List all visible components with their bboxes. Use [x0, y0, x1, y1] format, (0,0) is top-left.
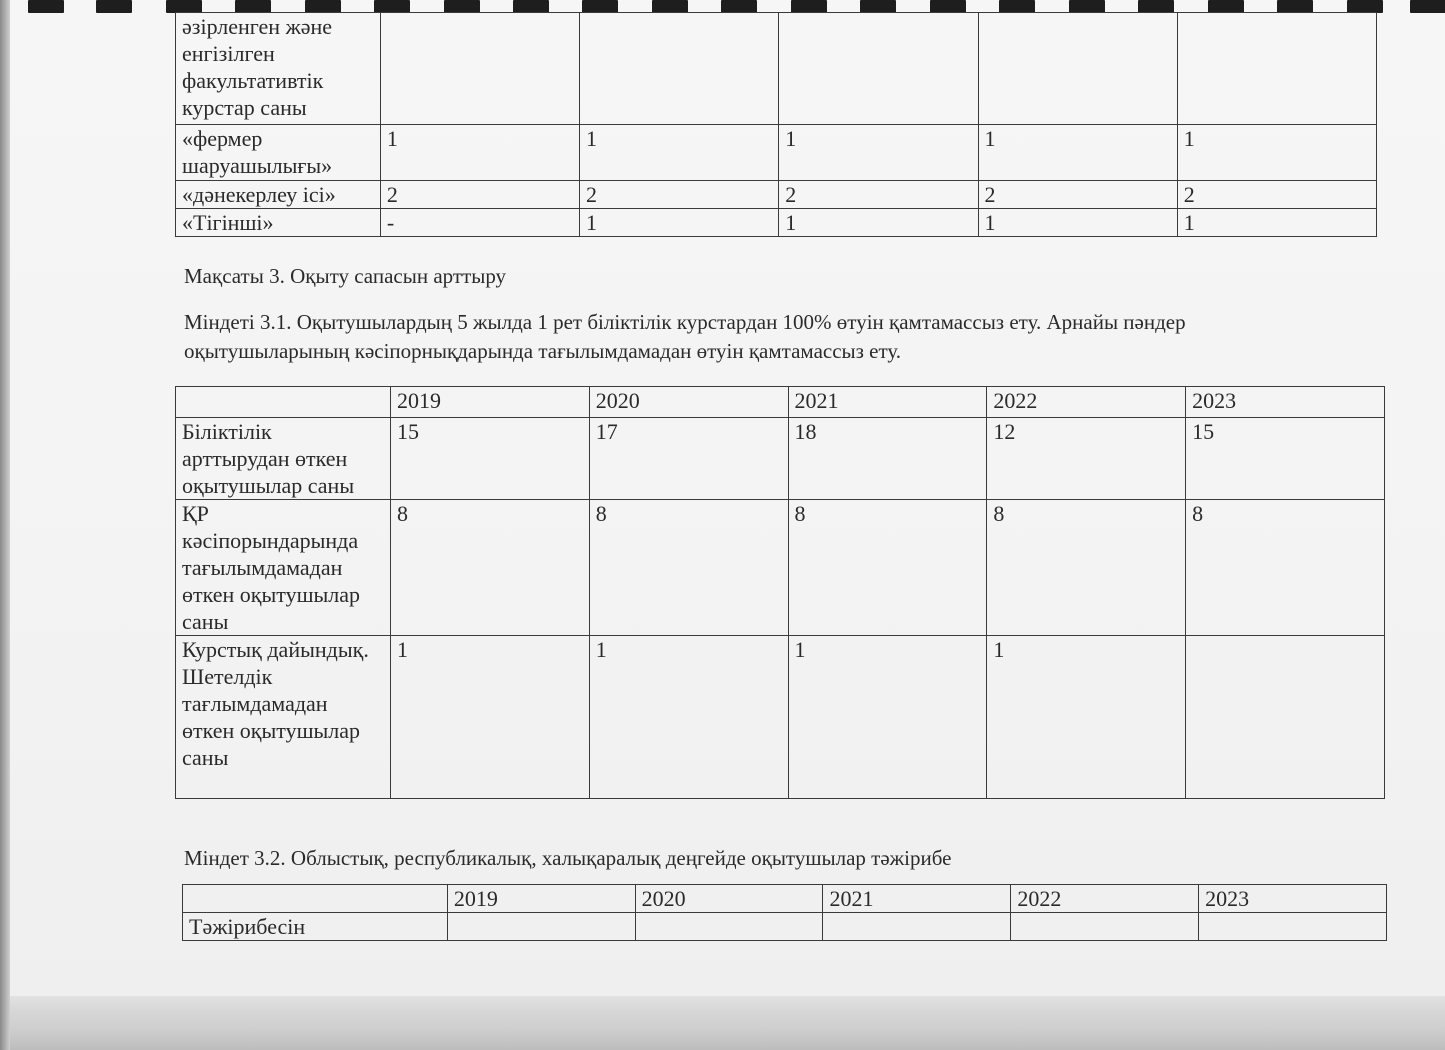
cell: 1	[987, 636, 1186, 799]
row-label: әзірленген және енгізілген факультативті…	[176, 13, 381, 125]
table-row: ҚР кәсіпорындарында тағылымдамадан өткен…	[176, 500, 1385, 636]
cell	[1186, 636, 1385, 799]
cell: 15	[1186, 418, 1385, 500]
cell: 8	[1186, 500, 1385, 636]
row-label: «Тігінші»	[176, 209, 381, 237]
cell: 1	[978, 209, 1177, 237]
table-header-row: 2019 2020 2021 2022 2023	[176, 387, 1385, 418]
cell	[380, 13, 579, 125]
cell: 2	[380, 181, 579, 209]
table-row: «фермер шаруашылығы» 1 1 1 1 1	[176, 125, 1377, 181]
cell	[823, 913, 1011, 941]
table-row: Тәжірибесін	[183, 913, 1387, 941]
cell: 12	[987, 418, 1186, 500]
cell: 1	[788, 636, 987, 799]
task-3-1-text: Міндеті 3.1. Оқытушылардың 5 жылда 1 рет…	[184, 308, 1334, 366]
year-header: 2020	[589, 387, 788, 418]
binding-hole	[1410, 0, 1445, 13]
cell: 1	[779, 209, 978, 237]
year-header: 2023	[1199, 885, 1387, 913]
cell: 2	[779, 181, 978, 209]
cell	[1011, 913, 1199, 941]
row-label: «дәнекерлеу ісі»	[176, 181, 381, 209]
year-header: 2022	[987, 387, 1186, 418]
row-label: Біліктілік арттырудан өткен оқытушылар с…	[176, 418, 391, 500]
cell	[779, 13, 978, 125]
cell: 8	[788, 500, 987, 636]
cell: 2	[580, 181, 779, 209]
cell	[1199, 913, 1387, 941]
binding-hole	[28, 0, 64, 13]
table-row: Курстық дайындық. Шетелдік тағлымдамадан…	[176, 636, 1385, 799]
table-row: әзірленген және енгізілген факультативті…	[176, 13, 1377, 125]
year-header: 2022	[1011, 885, 1199, 913]
elective-courses-table: әзірленген және енгізілген факультативті…	[175, 12, 1377, 237]
header-empty	[176, 387, 391, 418]
cell: 1	[380, 125, 579, 181]
cell	[580, 13, 779, 125]
cell: 2	[1177, 181, 1376, 209]
cell: 8	[589, 500, 788, 636]
header-empty	[183, 885, 448, 913]
scan-bottom-edge	[10, 996, 1445, 1050]
cell: 1	[779, 125, 978, 181]
year-header: 2021	[823, 885, 1011, 913]
cell: 8	[987, 500, 1186, 636]
cell: 1	[1177, 209, 1376, 237]
cell	[635, 913, 823, 941]
cell: 1	[580, 209, 779, 237]
cell	[978, 13, 1177, 125]
cell	[447, 913, 635, 941]
cell: -	[380, 209, 579, 237]
table-row: «дәнекерлеу ісі» 2 2 2 2 2	[176, 181, 1377, 209]
cell: 1	[978, 125, 1177, 181]
cell: 17	[589, 418, 788, 500]
task-3-2-text: Міндет 3.2. Облыстық, республикалық, хал…	[184, 844, 1334, 873]
year-header: 2023	[1186, 387, 1385, 418]
year-header: 2019	[447, 885, 635, 913]
table-row: «Тігінші» - 1 1 1 1	[176, 209, 1377, 237]
cell: 1	[589, 636, 788, 799]
row-label: ҚР кәсіпорындарында тағылымдамадан өткен…	[176, 500, 391, 636]
year-header: 2020	[635, 885, 823, 913]
cell: 2	[978, 181, 1177, 209]
year-header: 2021	[788, 387, 987, 418]
goal-3-heading: Мақсаты 3. Оқыту сапасын арттыру	[184, 262, 1334, 291]
cell: 18	[788, 418, 987, 500]
year-header: 2019	[390, 387, 589, 418]
cell: 1	[390, 636, 589, 799]
cell: 1	[1177, 125, 1376, 181]
row-label: «фермер шаруашылығы»	[176, 125, 381, 181]
table-row: Біліктілік арттырудан өткен оқытушылар с…	[176, 418, 1385, 500]
cell: 8	[390, 500, 589, 636]
row-label: Курстық дайындық. Шетелдік тағлымдамадан…	[176, 636, 391, 799]
binding-hole	[96, 0, 132, 13]
row-label: Тәжірибесін	[183, 913, 448, 941]
cell: 15	[390, 418, 589, 500]
scan-left-edge	[0, 0, 10, 1050]
cell: 1	[580, 125, 779, 181]
teacher-qualification-table: 2019 2020 2021 2022 2023 Біліктілік артт…	[175, 386, 1385, 799]
cell	[1177, 13, 1376, 125]
teacher-experience-table: 2019 2020 2021 2022 2023 Тәжірибесін	[182, 884, 1387, 941]
table-header-row: 2019 2020 2021 2022 2023	[183, 885, 1387, 913]
